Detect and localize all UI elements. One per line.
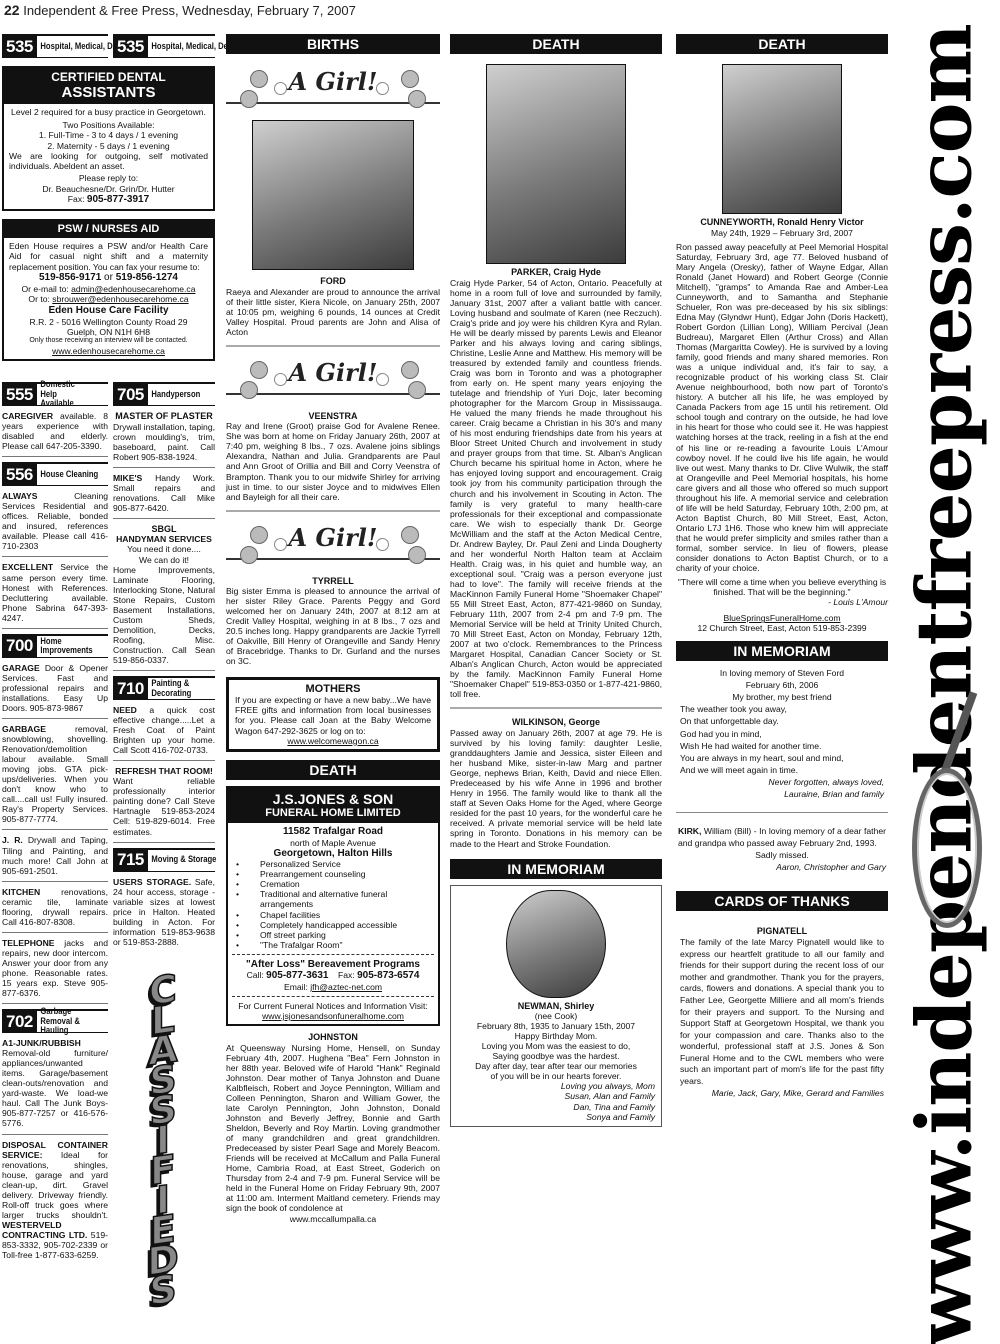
- ad-jr-drywall: J. R. Drywall and Taping, Tiling and Pai…: [2, 835, 108, 881]
- sidebar-website-wordmark: www.independentfreepress.com: [892, 40, 998, 1330]
- ad-sbgl-handyman: SBGLHANDYMAN SERVICESYou need it done...…: [113, 524, 215, 671]
- a-girl-banner: A Girl!: [226, 520, 440, 572]
- ad-telephone: TELEPHONE jacks and repairs, new door in…: [2, 938, 108, 1004]
- ad-refresh-that-room: REFRESH THAT ROOM!Want reliable professi…: [113, 766, 215, 842]
- death-header: DEATH: [676, 34, 888, 54]
- ad-garage: GARAGE Door & Opener Services. Fast and …: [2, 663, 108, 719]
- card-of-thanks-pignatell: PIGNATELL The family of the late Marcy P…: [676, 925, 888, 1099]
- portrait-photo-cunneyworth: [722, 64, 842, 214]
- section-header-705: 705Handyperson: [113, 382, 215, 406]
- births-header: BIRTHS: [226, 34, 440, 54]
- ad-need-paint: NEED a quick cost effective change.....L…: [113, 705, 215, 761]
- js-jones-funeral-home-ad: J.S.JONES & SONFUNERAL HOME LIMITED 1158…: [226, 786, 440, 1027]
- obituary-parker: PARKER, Craig Hyde Craig Hyde Parker, 54…: [450, 267, 662, 699]
- portrait-photo-parker: [486, 64, 626, 264]
- a-girl-banner: A Girl!: [226, 355, 440, 407]
- obituary-cunneyworth: CUNNEYWORTH, Ronald Henry Victor May 24t…: [676, 217, 888, 633]
- email-link-sbrouwer[interactable]: sbrouwer@edenhousecarehome.ca: [52, 294, 188, 304]
- jones-email-link[interactable]: jfh@aztec-net.com: [310, 982, 382, 992]
- jones-website-link[interactable]: www.jsjonesandsonfuneralhome.com: [232, 1011, 434, 1021]
- section-header-555: 555Domestic Help Available: [2, 382, 108, 406]
- death-header: DEATH: [450, 34, 662, 54]
- classifieds-wordmark: C L A S S I F I E D S: [128, 975, 198, 1340]
- memoriam-steven-ford: In loving memory of Steven Ford February…: [676, 667, 888, 799]
- ad-caregiver: CAREGIVER available. 8 years experience …: [2, 411, 108, 457]
- section-header-715: 715Moving & Storage: [113, 848, 215, 872]
- births-column: BIRTHS A Girl! FORD Raeya and Alexander …: [226, 34, 440, 1224]
- death-column-parker: DEATH PARKER, Craig Hyde Craig Hyde Park…: [450, 34, 662, 1127]
- dental-assistants-ad: CERTIFIED DENTALASSISTANTS Level 2 requi…: [2, 66, 215, 367]
- classifieds-column-1: 535Hospital, Medical, Dental: [2, 34, 108, 63]
- eden-house-website-link[interactable]: www.edenhousecarehome.ca: [9, 346, 208, 356]
- section-header-535: 535Hospital, Medical, Dental: [2, 34, 108, 58]
- baby-photo-ford: [252, 120, 414, 270]
- psw-nurses-aid-ad: PSW / NURSES AID Eden House requires a P…: [2, 219, 215, 361]
- ad-garbage: GARBAGE removal, snowblowing, shovelling…: [2, 724, 108, 830]
- classifieds-column-2-top: 535Hospital, Medical, Dental: [113, 34, 215, 63]
- section-header-710: 710Painting & Decorating: [113, 676, 215, 700]
- email-link-admin[interactable]: admin@edenhousecarehome.ca: [71, 284, 195, 294]
- mccallum-palla-link[interactable]: www.mccallumpalla.ca: [226, 1214, 440, 1224]
- in-memoriam-header: IN MEMORIAM: [676, 641, 888, 661]
- memoriam-kirk: KIRK, William (Bill) - In loving memory …: [676, 825, 888, 873]
- obituary-wilkinson: WILKINSON, George Passed away on January…: [450, 717, 662, 848]
- ad-kitchen: KITCHEN renovations, ceramic tile, lamin…: [2, 887, 108, 933]
- birth-notice-veenstra: VEENSTRA Ray and Irene (Groot) praise Go…: [226, 411, 440, 502]
- a-girl-banner: A Girl!: [226, 64, 440, 116]
- magnifying-glass-icon: [912, 768, 982, 928]
- section-header-556: 556House Cleaning: [2, 462, 108, 486]
- death-notice-johnston: JOHNSTON At Queensway Nursing Home, Hens…: [226, 1032, 440, 1223]
- services-list: Personalized Service Prearrangement coun…: [232, 859, 434, 949]
- ad-always-cleaning: ALWAYS Cleaning Services Residential and…: [2, 491, 108, 557]
- blue-springs-funeral-link[interactable]: BlueSpringsFuneralHome.com: [676, 613, 888, 623]
- welcome-wagon-link[interactable]: www.welcomewagon.ca: [235, 736, 431, 746]
- death-header: DEATH: [226, 760, 440, 780]
- cards-of-thanks-header: CARDS OF THANKS: [676, 891, 888, 911]
- ad-users-storage: USERS STORAGE. Safe, 24 hour access, sto…: [113, 877, 215, 952]
- ad-mikes-handy-work: MIKE'S Handy Work. Small repairs and ren…: [113, 473, 215, 519]
- death-column-cunneyworth: DEATH CUNNEYWORTH, Ronald Henry Victor M…: [676, 34, 888, 1099]
- page-number: 22: [4, 2, 20, 18]
- page-header: 22 Independent & Free Press, Wednesday, …: [4, 2, 356, 18]
- ad-a1-junk: A1-JUNK/RUBBISHRemoval-old furniture/ ap…: [2, 1038, 108, 1134]
- classifieds-column-2: 705Handyperson MASTER OF PLASTERDrywall …: [113, 382, 215, 957]
- section-header-700: 700Home Improvements: [2, 634, 108, 658]
- ad-excellent-service: EXCELLENT Service the same person every …: [2, 562, 108, 628]
- birth-notice-ford: FORD Raeya and Alexander are proud to an…: [226, 276, 440, 337]
- publication-line: Independent & Free Press, Wednesday, Feb…: [23, 3, 356, 18]
- classifieds-column-1-lower: 555Domestic Help Available CAREGIVER ava…: [2, 382, 108, 1270]
- mothers-welcome-wagon-ad: MOTHERS If you are expecting or have a n…: [226, 677, 440, 752]
- section-header-535-b: 535Hospital, Medical, Dental: [113, 34, 215, 58]
- ad-master-of-plaster: MASTER OF PLASTERDrywall installation, t…: [113, 411, 215, 468]
- memoriam-newman: NEWMAN, Shirley (nee Cook) February 8th,…: [450, 885, 662, 1127]
- portrait-photo-newman: [506, 890, 606, 998]
- section-header-702: 702Garbage Removal & Hauling: [2, 1009, 108, 1033]
- in-memoriam-header: IN MEMORIAM: [450, 859, 662, 879]
- ad-disposal-container: DISPOSAL CONTAINER SERVICE: Ideal for re…: [2, 1140, 108, 1266]
- birth-notice-tyrrell: TYRRELL Big sister Emma is pleased to an…: [226, 576, 440, 667]
